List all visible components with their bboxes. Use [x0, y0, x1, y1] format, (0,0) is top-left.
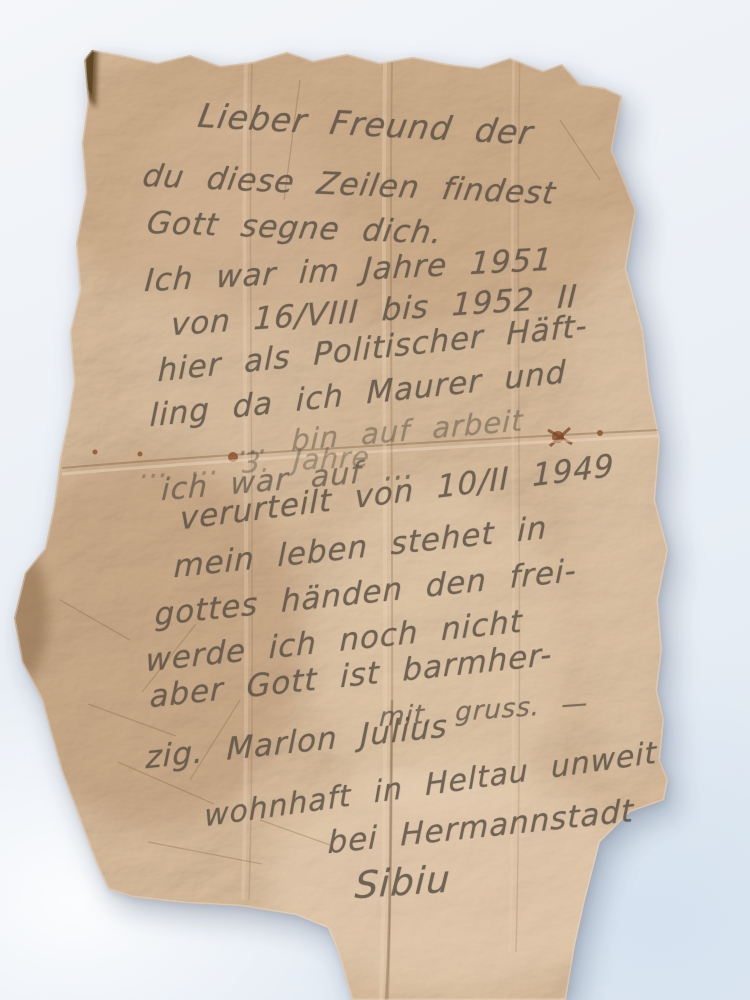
letter-line-17: zig. Marlon Julius [145, 708, 448, 776]
letter-photo: Lieber Freund der du diese Zeilen findes… [0, 0, 750, 1000]
letter-line-1: Lieber Freund der [195, 96, 536, 152]
letter-line-3: Gott segne dich. [144, 205, 445, 251]
handwriting-layer: Lieber Freund der du diese Zeilen findes… [0, 0, 750, 1000]
letter-line-2: du diese Zeilen findest [140, 158, 559, 212]
letter-signature: Sibiu [354, 857, 452, 907]
